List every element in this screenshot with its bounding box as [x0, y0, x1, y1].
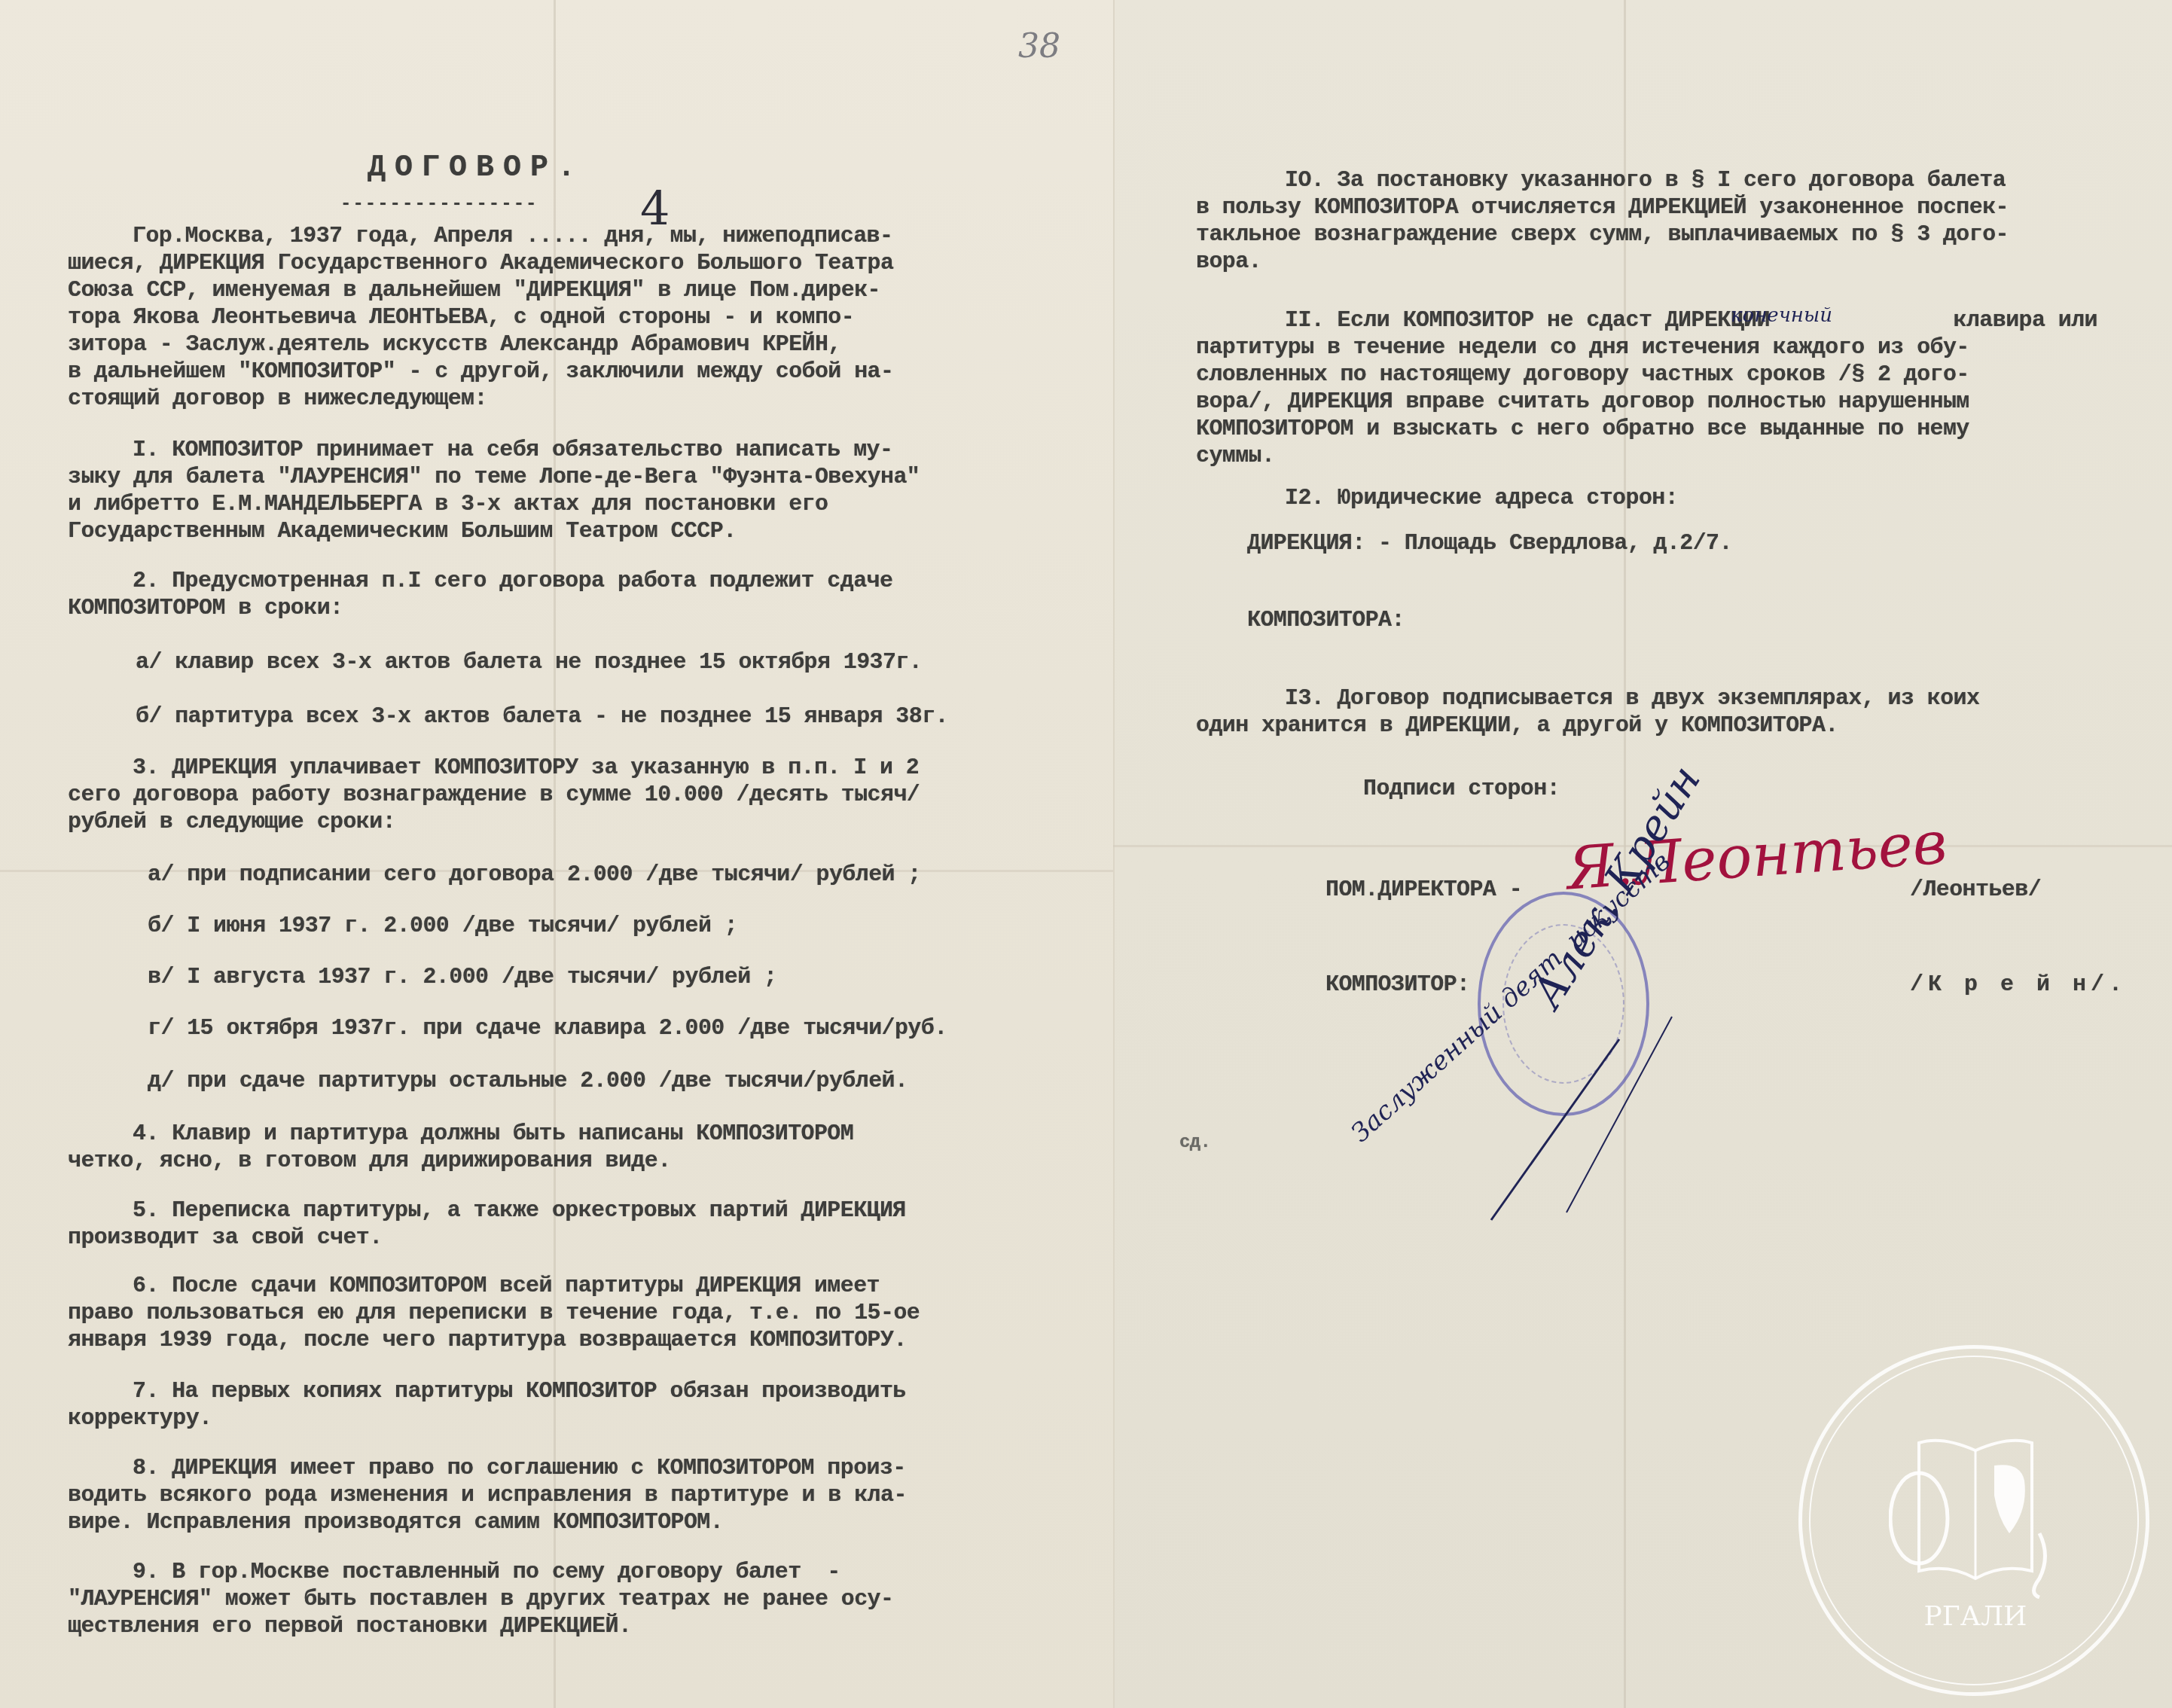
- clause-9-line: 9. В гор.Москве поставленный по сему дог…: [133, 1559, 840, 1586]
- clause-3-item: а/ при подписании сего договора 2.000 /д…: [148, 862, 921, 889]
- clause-3-item: б/ I июня 1937 г. 2.000 /две тысячи/ руб…: [148, 913, 737, 940]
- clause-11-line: II. Если КОМПОЗИТОР не сдаст ДИРЕКЦИИ кл…: [1285, 307, 2097, 334]
- clause-12-line: I2. Юридические адреса сторон:: [1285, 485, 1678, 512]
- clause-8-line: вире. Исправления производятся самим КОМ…: [68, 1509, 723, 1536]
- composer-label: КОМПОЗИТОР:: [1325, 971, 1469, 999]
- composer-name: /К р е й н/.: [1910, 971, 2127, 999]
- handwritten-insert: конечный: [1731, 304, 1832, 327]
- clause-11-line: КОМПОЗИТОРОМ и взыскать с него обратно в…: [1196, 416, 1969, 443]
- clause-6-line: 6. После сдачи КОМПОЗИТОРОМ всей партиту…: [133, 1273, 880, 1300]
- clause-2-line: КОМПОЗИТОРОМ в сроки:: [68, 595, 343, 622]
- address-composer: КОМПОЗИТОРА:: [1247, 607, 1405, 634]
- clause-3-line: рублей в следующие сроки:: [68, 809, 395, 836]
- director-name: /Леонтьев/: [1910, 877, 2041, 904]
- preamble-line: Союза ССР, именуемая в дальнейшем "ДИРЕК…: [68, 277, 880, 304]
- clause-13-line: один хранится в ДИРЕКЦИИ, а другой у КОМ…: [1196, 712, 1838, 740]
- clause-10-line: вора.: [1196, 249, 1261, 276]
- clause-8-line: 8. ДИРЕКЦИЯ имеет право по соглашению с …: [133, 1455, 906, 1482]
- typist-mark: сд.: [1179, 1130, 1210, 1157]
- clause-5-line: производит за свой счет.: [68, 1225, 383, 1252]
- clause-2-item: а/ клавир всех 3-х актов балета не поздн…: [136, 649, 922, 676]
- clause-13-line: I3. Договор подписывается в двух экземпл…: [1285, 685, 1979, 712]
- rgali-watermark: РГАЛИ: [1798, 1345, 2149, 1696]
- preamble-line: шиеся, ДИРЕКЦИЯ Государственного Академи…: [68, 250, 893, 277]
- clause-10-line: такльное вознаграждение сверх сумм, выпл…: [1196, 221, 2009, 249]
- clause-1-line: зыку для балета "ЛАУРЕНСИЯ" по теме Лопе…: [68, 464, 920, 491]
- clause-3-item: в/ I августа 1937 г. 2.000 /две тысячи/ …: [148, 964, 776, 991]
- signatures-heading: Подписи сторон:: [1363, 776, 1560, 803]
- document-title: ДОГОВОР.: [368, 155, 584, 182]
- clause-10-line: IO. За постановку указанного в § I сего …: [1285, 167, 2006, 194]
- clause-6-line: право пользоваться ею для переписки в те…: [68, 1300, 920, 1327]
- clause-4-line: четко, ясно, в готовом для дирижирования…: [68, 1148, 671, 1175]
- clause-9-line: "ЛАУРЕНСИЯ" может быть поставлен в други…: [68, 1586, 893, 1613]
- clause-1-line: I. КОМПОЗИТОР принимает на себя обязател…: [133, 437, 892, 464]
- title-underline: ----------------: [340, 191, 538, 218]
- clause-8-line: водить всякого рода изменения и исправле…: [68, 1482, 907, 1509]
- clause-3-line: сего договора работу вознаграждение в су…: [68, 782, 920, 809]
- clause-11-line: словленных по настоящему договору частны…: [1196, 361, 1969, 389]
- clause-11-line: суммы.: [1196, 443, 1274, 470]
- clause-5-line: 5. Переписка партитуры, а также оркестро…: [133, 1197, 906, 1225]
- archive-page-number: 38: [1018, 27, 1060, 66]
- watermark-label: РГАЛИ: [1919, 1601, 2032, 1632]
- clause-3-item: д/ при сдаче партитуры остальные 2.000 /…: [148, 1068, 908, 1095]
- clause-2-item: б/ партитура всех 3-х актов балета - не …: [136, 703, 948, 730]
- archive-emblem-icon: [1889, 1420, 2062, 1601]
- clause-2-line: 2. Предусмотренная п.I сего договора раб…: [133, 568, 892, 595]
- address-direction: ДИРЕКЦИЯ: - Площадь Свердлова, д.2/7.: [1247, 530, 1732, 557]
- clause-3-line: 3. ДИРЕКЦИЯ уплачивает КОМПОЗИТОРУ за ук…: [133, 755, 919, 782]
- preamble-line: тора Якова Леонтьевича ЛЕОНТЬЕВА, с одно…: [68, 304, 854, 331]
- clause-11-line: партитуры в течение недели со дня истече…: [1196, 334, 1969, 361]
- clause-1-line: Государственным Академическим Большим Те…: [68, 518, 737, 545]
- clause-7-line: 7. На первых копиях партитуры КОМПОЗИТОР…: [133, 1378, 906, 1405]
- clause-1-line: и либретто Е.М.МАНДЕЛЬБЕРГА в 3-х актах …: [68, 491, 828, 518]
- preamble-line: стоящий договор в нижеследующем:: [68, 386, 487, 413]
- clause-9-line: ществления его первой постановки ДИРЕКЦИ…: [68, 1613, 631, 1640]
- clause-3-item: г/ 15 октября 1937г. при сдаче клавира 2…: [148, 1015, 947, 1042]
- clause-11-line: вора/, ДИРЕКЦИЯ вправе считать договор п…: [1196, 389, 1969, 416]
- preamble-line: зитора - Заслуж.деятель искусств Алексан…: [68, 331, 841, 358]
- clause-4-line: 4. Клавир и партитура должны быть написа…: [133, 1121, 853, 1148]
- clause-6-line: января 1939 года, после чего партитура в…: [68, 1327, 907, 1354]
- clause-7-line: корректуру.: [68, 1405, 212, 1432]
- clause-10-line: в пользу КОМПОЗИТОРА отчисляется ДИРЕКЦИ…: [1196, 194, 2009, 221]
- director-label: ПОМ.ДИРЕКТОРА -: [1325, 877, 1522, 904]
- signature-stroke: [1476, 994, 1702, 1235]
- preamble-line: в дальнейшем "КОМПОЗИТОР" - с другой, за…: [68, 358, 893, 386]
- preamble-line: Гор.Москва, 1937 года, Апреля ..... дня,…: [133, 223, 892, 250]
